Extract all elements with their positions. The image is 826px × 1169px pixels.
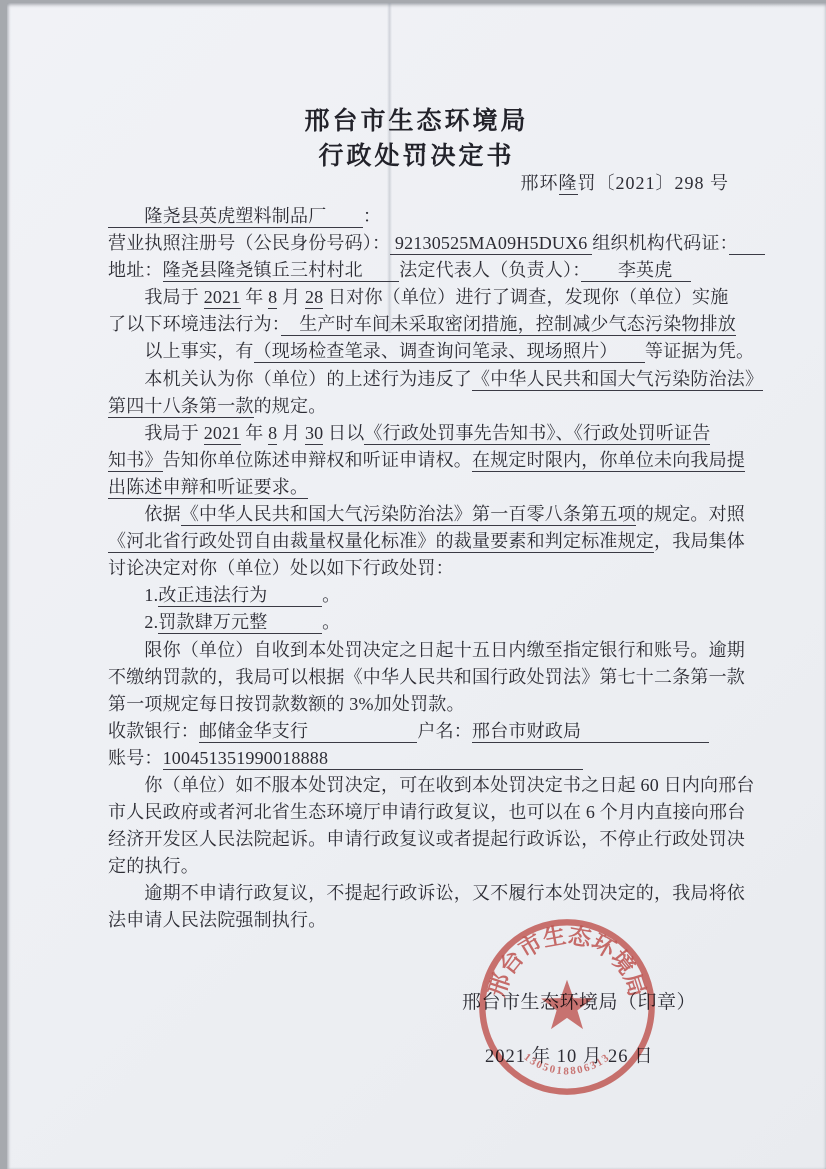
underlined-text: 《河北省行政处罚自由裁量权量化标准》的裁量要素和判定标准规定 [108,531,654,553]
text-segment: 我局于 [108,287,204,307]
underlined-text: 92130525MA09H5DUX6 [390,233,592,255]
document-title-type: 行政处罚决定书 [7,136,826,172]
text-segment: 邢环 [521,173,559,193]
text-segment: 市人民政府或者河北省生态环境厅申请行政复议，也可以在 6 个月内直接向邢台 [108,802,745,822]
underlined-text: 30 [305,423,323,445]
scanned-document-page: 邢台市生态环境局 行政处罚决定书 邢环隆罚〔2021〕298 号 隆尧县英虎塑料… [7,3,826,1169]
underlined-text: 隆尧县英虎塑料制品厂 [144,206,326,228]
document-line: 以上事实，有（现场检查笔录、调查询问笔录、现场照片） 等证据为凭。 [108,338,753,365]
official-seal: 邢台市生态环境局 1305018806313 [476,916,658,1098]
document-line: 市人民政府或者河北省生态环境厅申请行政复议，也可以在 6 个月内直接向邢台 [108,799,753,826]
text-segment: 法定代表人（负责人）： [399,260,581,280]
document-line: 出陈述申辩和听证要求。 [108,474,753,501]
underlined-text [328,748,583,770]
text-segment: 。 [322,612,340,632]
text-segment: 我局于 [108,423,204,443]
document-line: 我局于 2021 年 8 月 30 日以《行政处罚事先告知书》、《行政处罚听证告 [108,420,753,447]
document-line: 依据《中华人民共和国大气污染防治法》第一百零八条第五项的规定。对照 [108,501,753,528]
text-segment: 月 [277,287,305,307]
text-segment: 了以下环境违法行为： [108,314,281,334]
underlined-text [326,206,362,228]
text-segment: 经济开发区人民法院起诉。申请行政复议或者提起行政诉讼，不停止行政处罚决 [108,829,745,849]
underlined-text [108,206,144,228]
underlined-text: 《行政处罚事先告知书》、《行政处罚听证告 [364,423,710,445]
text-segment: 定的执行。 [108,856,199,876]
text-segment: 日以 [323,423,364,443]
underlined-text: 28 [305,287,323,309]
underlined-text: 隆尧县隆尧镇丘三村村北 [163,260,400,282]
text-segment: 账号： [108,748,163,768]
text-segment: 2. [108,612,158,632]
underlined-text: 第四十八条第一款 [108,396,254,418]
text-segment: 法申请人民法院强制执行。 [108,910,326,930]
text-segment: 年 [241,423,269,443]
underlined-text: 知书》 [108,450,163,472]
document-line: 收款银行：邮储金华支行 户名：邢台市财政局 [108,718,753,745]
text-segment: 逾期不申请行政复议，不提起行政诉讼，又不履行本处罚决定的，我局将依 [108,883,745,903]
seal-code: 1305018806313 [521,1051,612,1077]
document-line: 知书》告知你单位陈述申辩权和听证申请权。在规定时限内，你单位未向我局提 [108,447,753,474]
text-segment: 本机关认为你（单位）的上述行为违反了 [108,369,472,389]
text-segment: 不缴纳罚款的，我局可以根据《中华人民共和国行政处罚法》第七十二条第一款 [108,667,745,687]
underlined-text: 罚款肆万元整 [158,612,322,634]
text-segment: 你（单位）如不服本处罚决定，可在收到本处罚决定书之日起 60 日内向邢台 [108,775,755,795]
text-segment: 年 [241,287,269,307]
document-line: 第一项规定每日按罚款数额的 3%加处罚款。 [108,691,753,718]
underlined-text: 《中华人民共和国大气污染防治法》 [472,369,763,391]
text-segment: 限你（单位）自收到本处罚决定之日起十五日内缴至指定银行和账号。逾期 [108,640,745,660]
document-line: 第四十八条第一款的规定。 [108,393,753,420]
text-segment: 依据 [108,504,181,524]
text-segment: 的规定。对照 [636,504,745,524]
underlined-text: 改正违法行为 [158,585,322,607]
document-line: 1.改正违法行为 。 [108,582,753,609]
document-line: 账号：100451351990018888 [108,745,753,772]
text-segment: 告知你单位陈述申辩权和听证申请权。 [163,450,472,470]
text-segment: 等证据为凭。 [645,341,754,361]
text-segment: 收款银行： [108,721,199,741]
text-segment: 组织机构代码证： [592,233,729,253]
document-line: 本机关认为你（单位）的上述行为违反了《中华人民共和国大气污染防治法》 [108,366,753,393]
text-segment: 地址： [108,260,163,280]
text-segment: 罚〔2021〕298 号 [578,173,730,193]
seal-star-icon [541,980,593,1029]
document-line: 地址：隆尧县隆尧镇丘三村村北 法定代表人（负责人）： 李英虎 [108,257,753,284]
document-line: 隆尧县英虎塑料制品厂 ： [108,203,753,230]
underlined-text: 《中华人民共和国大气污染防治法》第一百零八条第五项 [181,504,636,526]
document-line: 逾期不申请行政复议，不提起行政诉讼，又不履行本处罚决定的，我局将依 [108,880,753,907]
document-line: 经济开发区人民法院起诉。申请行政复议或者提起行政诉讼，不停止行政处罚决 [108,826,753,853]
text-segment: ： [363,206,381,226]
underlined-text: 8 [268,287,277,309]
document-line: 不缴纳罚款的，我局可以根据《中华人民共和国行政处罚法》第七十二条第一款 [108,664,753,691]
underlined-text: 生产时车间未采取密闭措施，控制减少气态污染物排放 [281,314,736,336]
document-line: 《河北省行政处罚自由裁量权量化标准》的裁量要素和判定标准规定，我局集体 [108,528,753,555]
document-line: 讨论决定对你（单位）处以如下行政处罚： [108,555,753,582]
text-segment: 。 [322,585,340,605]
text-segment: 月 [277,423,305,443]
underlined-text: 邢台市财政局 [472,721,709,743]
text-segment: 讨论决定对你（单位）处以如下行政处罚： [108,558,454,578]
text-segment: 1. [108,585,158,605]
document-title-agency: 邢台市生态环境局 [7,101,826,137]
text-segment: 以上事实，有 [108,341,254,361]
underlined-text: 2021 [204,423,241,445]
underlined-text: 2021 [204,287,241,309]
document-line: 定的执行。 [108,853,753,880]
underlined-text: 邮储金华支行 [199,721,417,743]
document-line: 限你（单位）自收到本处罚决定之日起十五日内缴至指定银行和账号。逾期 [108,637,753,664]
document-line: 了以下环境违法行为： 生产时车间未采取密闭措施，控制减少气态污染物排放 [108,311,753,338]
underlined-text: 出陈述申辩和听证要求。 [108,477,308,499]
underlined-text [729,233,765,255]
text-segment: 日对你（单位）进行了调查，发现你（单位）实施 [323,287,728,307]
text-segment: 第一项规定每日按罚款数额的 3%加处罚款。 [108,694,465,714]
document-body: 隆尧县英虎塑料制品厂 ：营业执照注册号（公民身份号码）： 92130525MA0… [108,203,753,935]
underlined-text: 100451351990018888 [163,748,329,770]
text-segment: 营业执照注册号（公民身份号码）： [108,233,390,253]
underlined-text: 在规定时限内，你单位未向我局提 [472,450,745,472]
text-segment: 的规定。 [254,396,327,416]
document-number: 邢环隆罚〔2021〕298 号 [521,169,730,195]
underlined-text: 8 [268,423,277,445]
text-segment: 户名： [417,721,472,741]
document-line: 你（单位）如不服本处罚决定，可在收到本处罚决定书之日起 60 日内向邢台 [108,772,753,799]
underlined-text: 李英虎 [581,260,690,282]
document-line: 我局于 2021 年 8 月 28 日对你（单位）进行了调查，发现你（单位）实施 [108,284,753,311]
document-line: 营业执照注册号（公民身份号码）： 92130525MA09H5DUX6 组织机构… [108,230,753,257]
text-segment: ，我局集体 [654,531,745,551]
underlined-text: （现场检查笔录、调查询问笔录、现场照片） [254,341,645,363]
document-line: 2.罚款肆万元整 。 [108,609,753,636]
underlined-text: 隆 [559,173,578,195]
